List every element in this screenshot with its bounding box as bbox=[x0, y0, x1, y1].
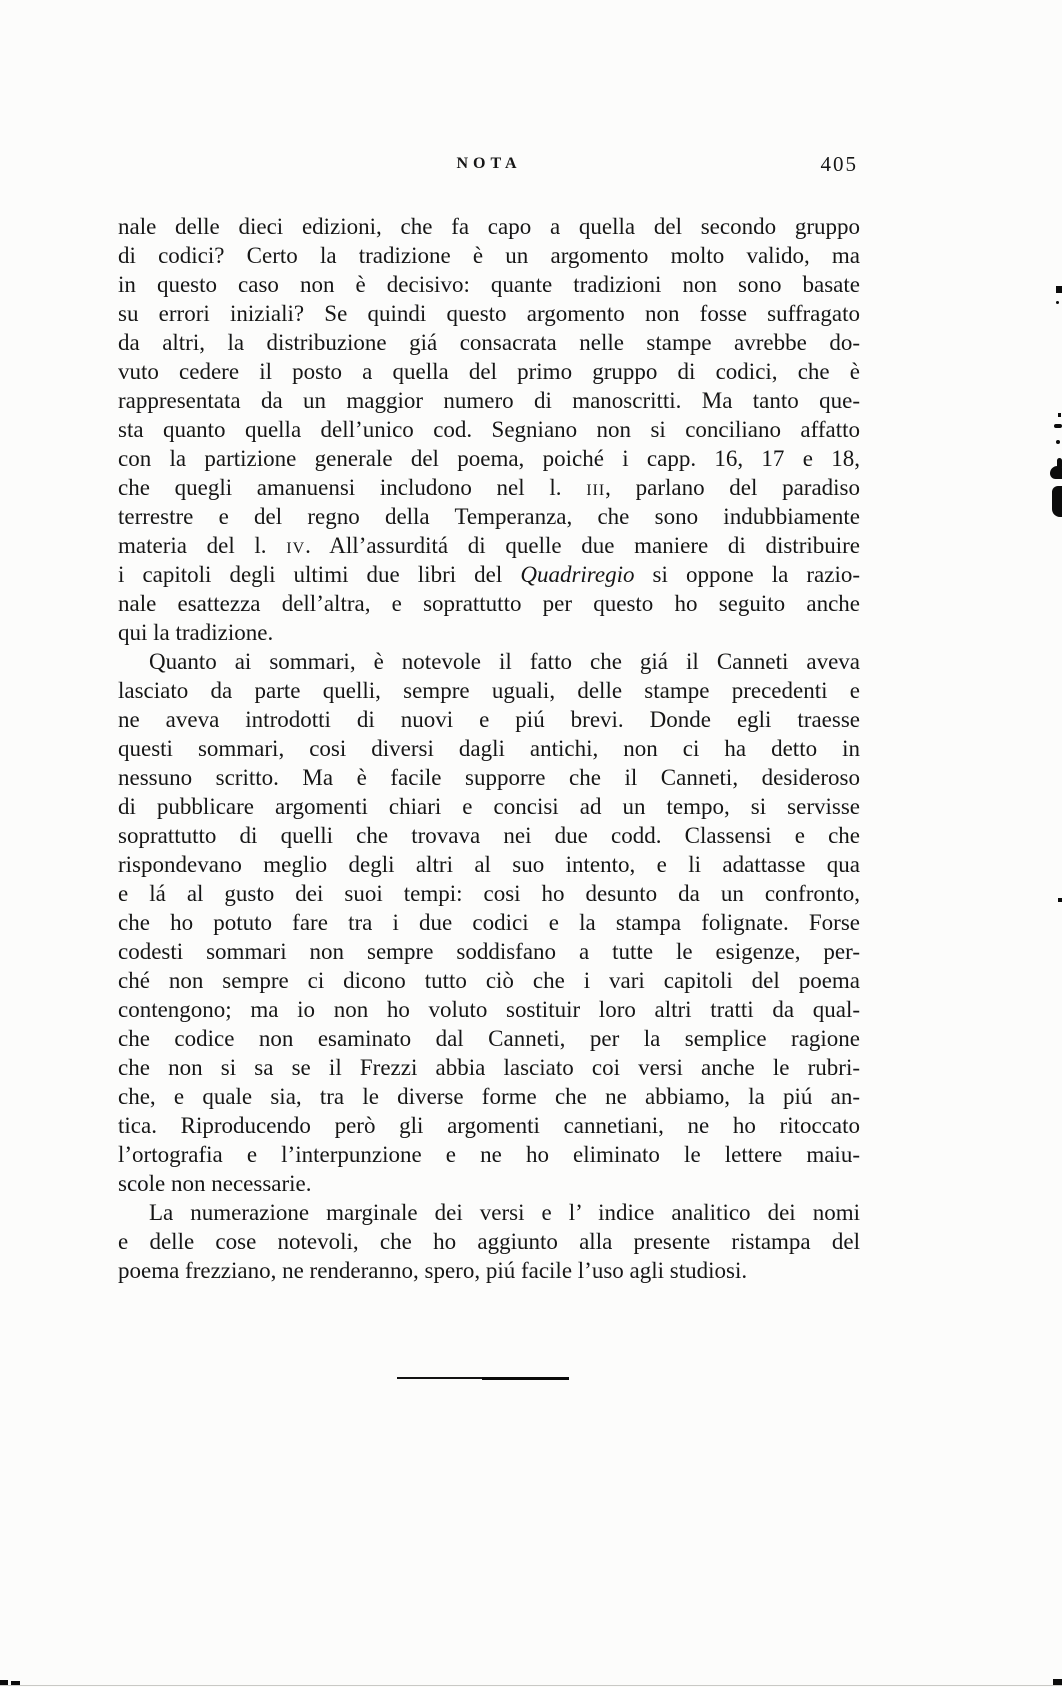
text-run: e lá al gusto dei suoi tempi: cosi ho de… bbox=[118, 881, 860, 906]
scan-mark bbox=[1058, 898, 1062, 902]
text-run: sta quanto quella dell’unico cod. Segnia… bbox=[118, 417, 860, 442]
text-line: che non si sa se il Frezzi abbia lasciat… bbox=[118, 1053, 860, 1082]
text-run: terrestre e del regno della Temperanza, … bbox=[118, 504, 860, 529]
text-line: che, e quale sia, tra le diverse forme c… bbox=[118, 1082, 860, 1111]
text-line: di pubblicare argomenti chiari e concisi… bbox=[118, 792, 860, 821]
separator-rule-thick bbox=[482, 1377, 569, 1380]
text-run: che, e quale sia, tra le diverse forme c… bbox=[118, 1084, 860, 1109]
text-line: terrestre e del regno della Temperanza, … bbox=[118, 502, 860, 531]
text-run: che ho potuto fare tra i due codici e la… bbox=[118, 910, 860, 935]
text-line: di codici? Certo la tradizione è un argo… bbox=[118, 241, 860, 270]
text-line: tica. Riproducendo però gli argomenti ca… bbox=[118, 1111, 860, 1140]
paragraph: nale delle dieci edizioni, che fa capo a… bbox=[118, 212, 860, 647]
text-line: poema frezziano, ne renderanno, spero, p… bbox=[118, 1256, 860, 1285]
italic-word: Quadriregio bbox=[520, 562, 634, 587]
text-run: nale delle dieci edizioni, che fa capo a… bbox=[118, 214, 860, 239]
text-run: materia del l. bbox=[118, 533, 286, 558]
text-run: che codice non esaminato dal Canneti, pe… bbox=[118, 1026, 860, 1051]
text-run: ne aveva introdotti di nuovi e piú brevi… bbox=[118, 707, 860, 732]
text-run: soprattutto di quelli che trovava nei du… bbox=[118, 823, 860, 848]
text-line: ché non sempre ci dicono tutto ciò che i… bbox=[118, 966, 860, 995]
scan-mark bbox=[1056, 286, 1062, 293]
text-run: da altri, la distribuzione giá consacrat… bbox=[118, 330, 860, 355]
text-run: che quegli amanuensi includono nel l. bbox=[118, 475, 586, 500]
paragraph: La numerazione marginale dei versi e l’ … bbox=[118, 1198, 860, 1285]
text-line: che ho potuto fare tra i due codici e la… bbox=[118, 908, 860, 937]
book-page: NOTA 405 nale delle dieci edizioni, che … bbox=[0, 0, 1062, 1687]
text-run: l’ortografia e l’interpunzione e ne ho e… bbox=[118, 1142, 860, 1167]
text-run: vuto cedere il posto a quella del primo … bbox=[118, 359, 860, 384]
text-run: si oppone la razio- bbox=[635, 562, 861, 587]
running-title: NOTA bbox=[456, 155, 521, 173]
text-run: Quanto ai sommari, è notevole il fatto c… bbox=[149, 649, 860, 674]
paragraph: Quanto ai sommari, è notevole il fatto c… bbox=[118, 647, 860, 1198]
text-line: Quanto ai sommari, è notevole il fatto c… bbox=[118, 647, 860, 676]
scan-edge-line bbox=[0, 1685, 1062, 1686]
text-line: vuto cedere il posto a quella del primo … bbox=[118, 357, 860, 386]
text-line: nale esattezza dell’altra, e soprattutto… bbox=[118, 589, 860, 618]
text-line: su errori iniziali? Se quindi questo arg… bbox=[118, 299, 860, 328]
text-line: nessuno scritto. Ma è facile supporre ch… bbox=[118, 763, 860, 792]
text-line: La numerazione marginale dei versi e l’ … bbox=[118, 1198, 860, 1227]
page-header: NOTA 405 bbox=[118, 152, 860, 178]
text-run: con la partizione generale del poema, po… bbox=[118, 446, 860, 471]
text-run: di codici? Certo la tradizione è un argo… bbox=[118, 243, 860, 268]
smallcaps-numeral: iii bbox=[586, 475, 605, 500]
text-line: scole non necessarie. bbox=[118, 1169, 860, 1198]
text-run: tica. Riproducendo però gli argomenti ca… bbox=[118, 1113, 860, 1138]
text-run: di pubblicare argomenti chiari e concisi… bbox=[118, 794, 860, 819]
text-line: materia del l. iv. All’assurditá di quel… bbox=[118, 531, 860, 560]
text-line: e delle cose notevoli, che ho aggiunto a… bbox=[118, 1227, 860, 1256]
text-block: nale delle dieci edizioni, che fa capo a… bbox=[118, 212, 860, 1285]
text-line: codesti sommari non sempre soddisfano a … bbox=[118, 937, 860, 966]
text-run: nale esattezza dell’altra, e soprattutto… bbox=[118, 591, 860, 616]
text-run: questi sommari, cosi diversi dagli antic… bbox=[118, 736, 860, 761]
text-run: che non si sa se il Frezzi abbia lasciat… bbox=[118, 1055, 860, 1080]
text-run: codesti sommari non sempre soddisfano a … bbox=[118, 939, 860, 964]
text-run: ché non sempre ci dicono tutto ciò che i… bbox=[118, 968, 860, 993]
scan-mark bbox=[1050, 466, 1062, 479]
text-line: rappresentata da un maggior numero di ma… bbox=[118, 386, 860, 415]
text-run: in questo caso non è decisivo: quante tr… bbox=[118, 272, 860, 297]
scan-mark bbox=[1058, 413, 1061, 417]
text-line: che quegli amanuensi includono nel l. ii… bbox=[118, 473, 860, 502]
text-line: qui la tradizione. bbox=[118, 618, 860, 647]
text-run: poema frezziano, ne renderanno, spero, p… bbox=[118, 1258, 747, 1283]
text-line: i capitoli degli ultimi due libri del Qu… bbox=[118, 560, 860, 589]
scan-mark bbox=[1056, 301, 1059, 304]
text-run: contengono; ma io non ho voluto sostitui… bbox=[118, 997, 860, 1022]
text-run: scole non necessarie. bbox=[118, 1171, 312, 1196]
text-run: e delle cose notevoli, che ho aggiunto a… bbox=[118, 1229, 860, 1254]
text-run: lasciato da parte quelli, sempre uguali,… bbox=[118, 678, 860, 703]
text-run: nessuno scritto. Ma è facile supporre ch… bbox=[118, 765, 860, 790]
text-line: in questo caso non è decisivo: quante tr… bbox=[118, 270, 860, 299]
text-line: che codice non esaminato dal Canneti, pe… bbox=[118, 1024, 860, 1053]
text-run: , parlano del paradiso bbox=[605, 475, 860, 500]
text-run: qui la tradizione. bbox=[118, 620, 273, 645]
scan-mark bbox=[1056, 440, 1060, 444]
text-line: nale delle dieci edizioni, che fa capo a… bbox=[118, 212, 860, 241]
text-run: La numerazione marginale dei versi e l’ … bbox=[149, 1200, 860, 1225]
text-line: e lá al gusto dei suoi tempi: cosi ho de… bbox=[118, 879, 860, 908]
text-run: i capitoli degli ultimi due libri del bbox=[118, 562, 520, 587]
text-line: ne aveva introdotti di nuovi e piú brevi… bbox=[118, 705, 860, 734]
text-line: lasciato da parte quelli, sempre uguali,… bbox=[118, 676, 860, 705]
text-run: . All’assurditá di quelle due maniere di… bbox=[305, 533, 860, 558]
text-run: rispondevano meglio degli altri al suo i… bbox=[118, 852, 860, 877]
page-number: 405 bbox=[821, 152, 859, 177]
scan-mark bbox=[1052, 486, 1062, 517]
text-line: contengono; ma io non ho voluto sostitui… bbox=[118, 995, 860, 1024]
text-line: da altri, la distribuzione giá consacrat… bbox=[118, 328, 860, 357]
smallcaps-numeral: iv bbox=[286, 533, 305, 558]
text-line: l’ortografia e l’interpunzione e ne ho e… bbox=[118, 1140, 860, 1169]
text-line: questi sommari, cosi diversi dagli antic… bbox=[118, 734, 860, 763]
text-run: rappresentata da un maggior numero di ma… bbox=[118, 388, 860, 413]
text-line: sta quanto quella dell’unico cod. Segnia… bbox=[118, 415, 860, 444]
text-line: rispondevano meglio degli altri al suo i… bbox=[118, 850, 860, 879]
text-run: su errori iniziali? Se quindi questo arg… bbox=[118, 301, 860, 326]
text-line: con la partizione generale del poema, po… bbox=[118, 444, 860, 473]
section-separator bbox=[397, 1376, 569, 1381]
text-line: soprattutto di quelli che trovava nei du… bbox=[118, 821, 860, 850]
scan-mark bbox=[1054, 424, 1062, 428]
